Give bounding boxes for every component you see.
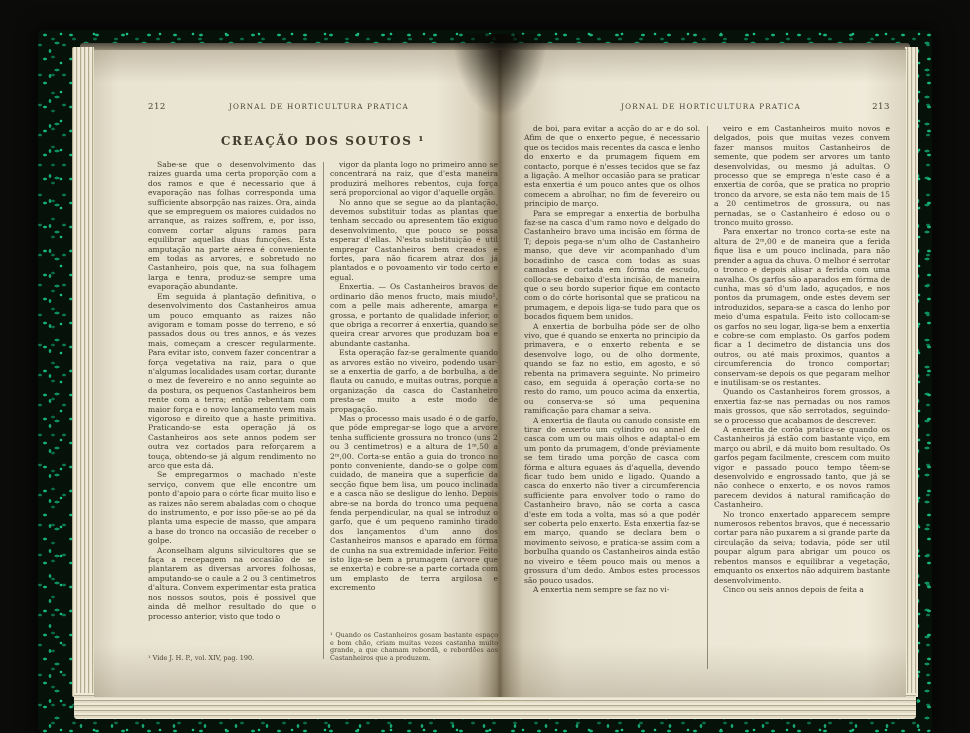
column-1-page-213: de boi, para evitar a acção do ar e do s… [524, 124, 700, 673]
paragraph: Mas o processo mais usado é o de garfo, … [330, 414, 498, 593]
page-213: JORNAL DE HORTICULTURA PRATICA 213 de bo… [500, 50, 906, 697]
running-header-right: JORNAL DE HORTICULTURA PRATICA 213 [524, 102, 890, 112]
column-2-text: veiro e em Castanheiros muito novos e de… [714, 124, 890, 594]
paragraph: Quando os Castanheiros forem grossos, a … [714, 387, 890, 425]
paragraph: A enxertia de corôa pratica-se quando os… [714, 425, 890, 510]
running-header-left: 212 JORNAL DE HORTICULTURA PRATICA [148, 102, 498, 112]
paragraph: No anno que se segue ao da plantação, de… [330, 198, 498, 283]
article-heading: CREAÇÃO DOS SOUTOS ¹ [148, 134, 498, 148]
paragraph: Em seguida á plantação definitiva, o des… [148, 292, 316, 471]
page-edges-right [905, 47, 918, 697]
text-columns-right-page: de boi, para evitar a acção do ar e do s… [524, 124, 890, 673]
paragraph: A enxertia nem sempre se faz no vi- [524, 585, 700, 594]
paragraph: Sabe-se que o desenvolvimento das raizes… [148, 160, 316, 292]
paragraph: Para enxertar no tronco corta-se este na… [714, 227, 890, 387]
column-1-page-212: Sabe-se que o desenvolvimento das raizes… [148, 160, 316, 663]
paragraph: A enxertia de borbulha póde ser de olho … [524, 322, 700, 416]
paragraph: Se empregarmos o machado n'este serviço,… [148, 470, 316, 545]
paragraph: Esta operação faz-se geralmente quando a… [330, 348, 498, 414]
paragraph: Enxertia. — Os Castanheiros bravos de or… [330, 282, 498, 348]
paragraph: Para se empregar a enxertia de borbulha … [524, 209, 700, 322]
page-block: 212 JORNAL DE HORTICULTURA PRATICA CREAÇ… [72, 43, 918, 719]
page-number-right: 213 [872, 102, 890, 112]
paragraph: vigor da planta logo no primeiro anno se… [330, 160, 498, 198]
column-2-page-212: vigor da planta logo no primeiro anno se… [330, 160, 498, 663]
column-2-page-213: veiro e em Castanheiros muito novos e de… [714, 124, 890, 673]
text-columns-left-page: Sabe-se que o desenvolvimento das raizes… [148, 160, 498, 663]
page-edges-left [72, 47, 94, 697]
page-212: 212 JORNAL DE HORTICULTURA PRATICA CREAÇ… [94, 50, 500, 697]
paragraph: veiro e em Castanheiros muito novos e de… [714, 124, 890, 227]
column-2-text: vigor da planta logo no primeiro anno se… [330, 160, 498, 593]
footnote-vide-jhp: ¹ Vide J. H. P., vol. XIV, pag. 190. [148, 649, 316, 663]
running-title-right: JORNAL DE HORTICULTURA PRATICA [550, 102, 872, 111]
paragraph: de boi, para evitar a acção do ar e do s… [524, 124, 700, 209]
open-spread: 212 JORNAL DE HORTICULTURA PRATICA CREAÇ… [94, 49, 906, 697]
column-1-text: Sabe-se que o desenvolvimento das raizes… [148, 160, 316, 621]
paragraph: A enxertia de flauta ou canudo consiste … [524, 416, 700, 585]
footnote-reborda: ¹ Quando os Castanheiros gosam bastante … [330, 622, 498, 663]
photo-stage: 212 JORNAL DE HORTICULTURA PRATICA CREAÇ… [0, 0, 970, 733]
running-title-left: JORNAL DE HORTICULTURA PRATICA [166, 102, 472, 111]
page-number-left: 212 [148, 102, 166, 112]
paragraph: Aconselham alguns silvicultores que se f… [148, 546, 316, 621]
open-book: 212 JORNAL DE HORTICULTURA PRATICA CREAÇ… [38, 30, 932, 733]
column-1-text: de boi, para evitar a acção do ar e do s… [524, 124, 700, 594]
paragraph: No tronco enxertado apparecem sempre num… [714, 510, 890, 585]
paragraph: Cinco ou seis annos depois de feita a [714, 585, 890, 594]
